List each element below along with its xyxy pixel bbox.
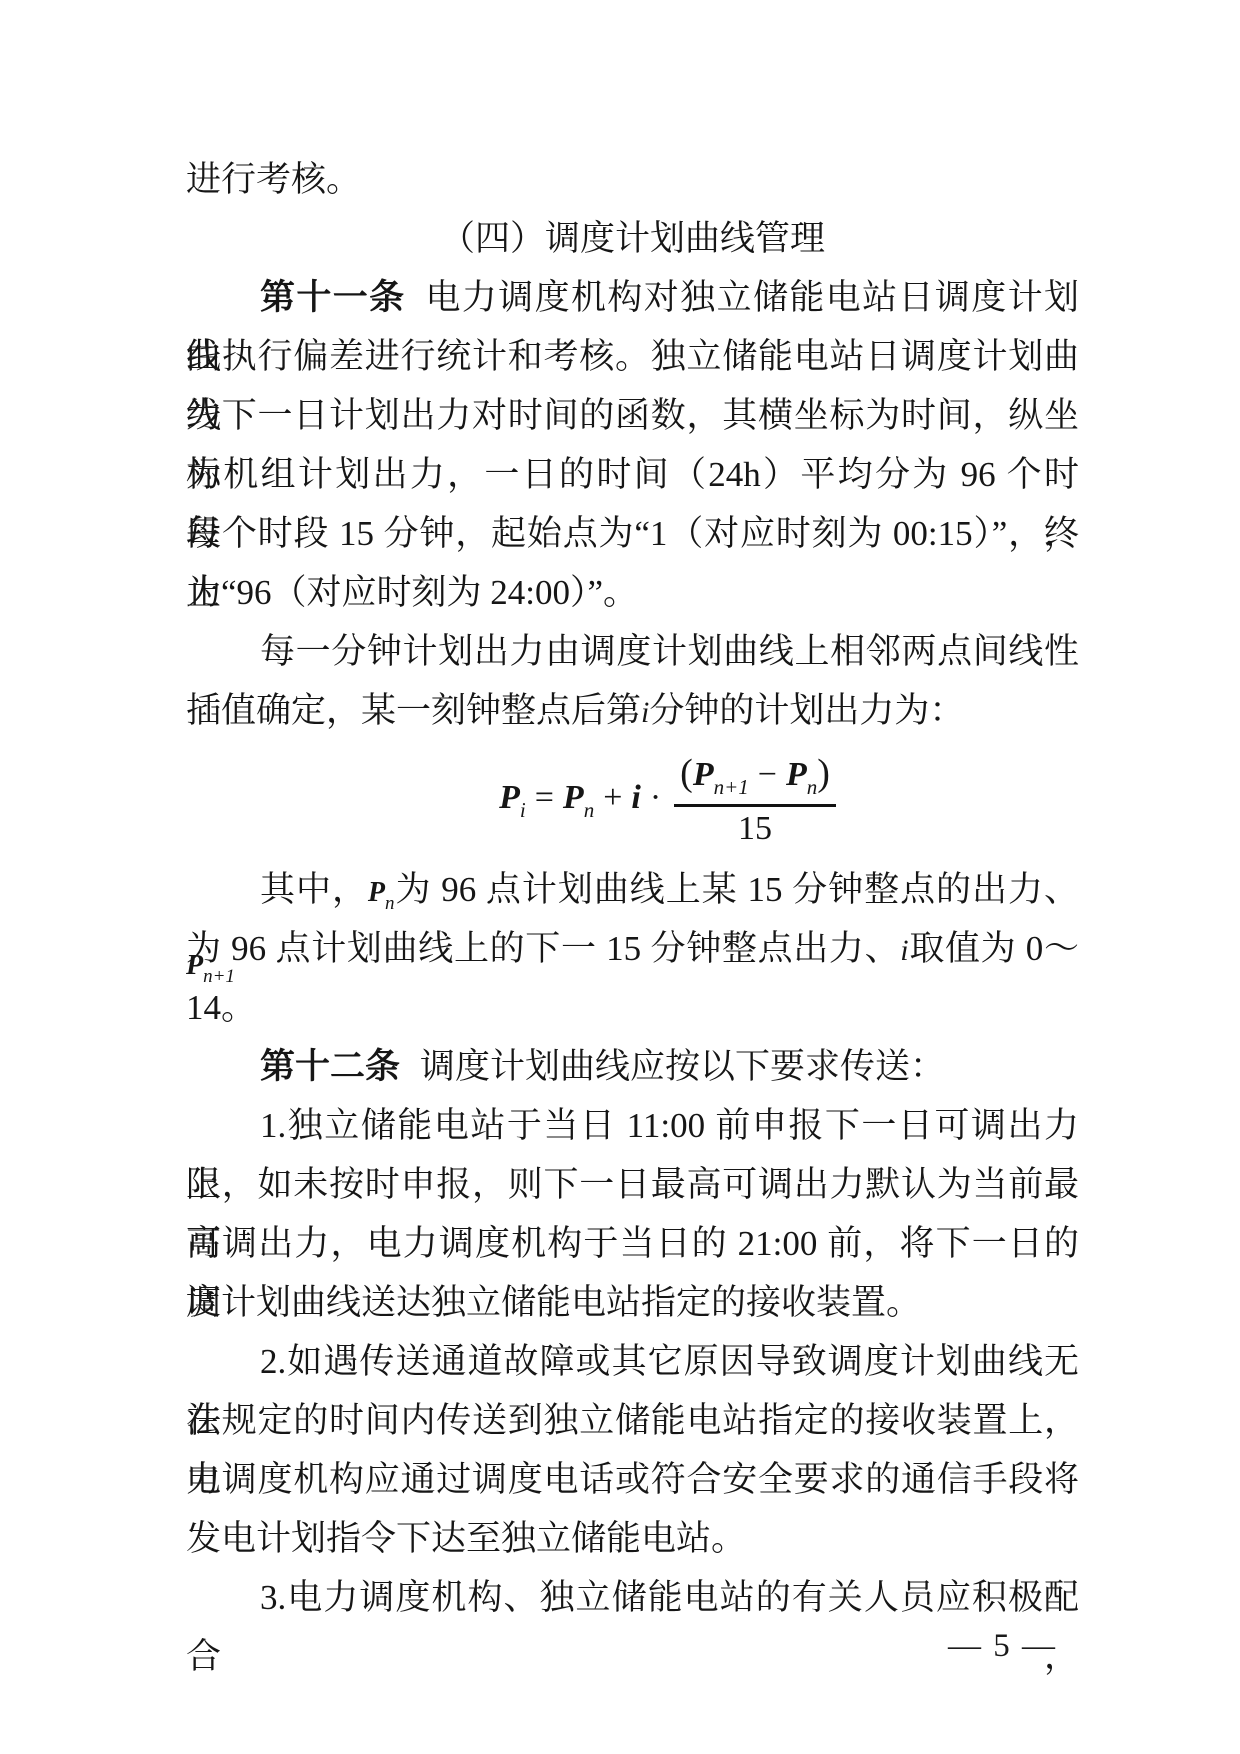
item-2-line-4: 发电计划指令下达至独立储能电站。 xyxy=(186,1509,1079,1568)
numerator-P-n1: P xyxy=(693,756,714,793)
article-11-line-4: 为机组计划出力，一日的时间（24h）平均分为 96 个时段， xyxy=(186,445,1079,504)
formula-P-i: P xyxy=(499,779,520,816)
formula-sub-n: n xyxy=(584,798,595,822)
page-number: — 5 — xyxy=(948,1628,1057,1665)
formula-P-n: P xyxy=(563,779,584,816)
formula: Pi=Pn+i·(Pn+1−Pn)15 xyxy=(499,750,836,850)
item-2-line-1: 2.如遇传送通道故障或其它原因导致调度计划曲线无法 xyxy=(186,1332,1079,1391)
close-paren: ) xyxy=(817,752,830,794)
document-content: 进行考核。 （四）调度计划曲线管理 第十一条电力调度机构对独立储能电站日调度计划… xyxy=(186,150,1079,1627)
item-1-line-3: 可调出力，电力调度机构于当日的 21:00 前，将下一日的调 xyxy=(186,1214,1079,1273)
item-1-line-4: 度计划曲线送达独立储能电站指定的接收装置。 xyxy=(186,1273,1079,1332)
dot-operator: · xyxy=(641,779,670,816)
where-line-3: 14。 xyxy=(186,978,1079,1037)
interpolation-line-2: 插值确定，某一刻钟整点后第i分钟的计划出力为： xyxy=(186,681,1079,740)
formula-block: Pi=Pn+i·(Pn+1−Pn)15 xyxy=(186,740,1079,860)
text: 为 96 点计划曲线上的下一 15 分钟整点出力、 xyxy=(186,929,900,968)
denominator: 15 xyxy=(674,807,836,850)
text: 为“96（对应时刻为 24:00）”。 xyxy=(186,573,638,612)
minus-sign: − xyxy=(749,756,786,793)
text: 分钟的计划出力为： xyxy=(649,691,964,730)
item-3-line-1: 3.电力调度机构、独立储能电站的有关人员应积极配合， xyxy=(186,1568,1079,1627)
document-page: 进行考核。 （四）调度计划曲线管理 第十一条电力调度机构对独立储能电站日调度计划… xyxy=(0,0,1240,1754)
section-heading: （四）调度计划曲线管理 xyxy=(186,209,1079,268)
plus-sign: + xyxy=(594,779,631,816)
text: 进行考核。 xyxy=(186,160,361,199)
article-11-label: 第十一条 xyxy=(260,278,406,317)
interpolation-line-1: 每一分钟计划出力由调度计划曲线上相邻两点间线性 xyxy=(186,622,1079,681)
article-12-label: 第十二条 xyxy=(260,1047,400,1086)
article-12-line: 第十二条调度计划曲线应按以下要求传送： xyxy=(186,1037,1079,1096)
continuation-line: 进行考核。 xyxy=(186,150,1079,209)
where-line-1: 其中，Pn为 96 点计划曲线上某 15 分钟整点的出力、Pn+1 xyxy=(186,860,1079,919)
numerator-sub-n: n xyxy=(807,775,818,799)
article-11-line-1: 第十一条电力调度机构对独立储能电站日调度计划曲 xyxy=(186,268,1079,327)
math-P-n: P xyxy=(368,877,385,908)
numerator: (Pn+1−Pn) xyxy=(674,750,836,807)
article-11-line-5: 每个时段 15 分钟，起始点为“1（对应时刻为 00:15）”，终止 xyxy=(186,504,1079,563)
math-var-i: i xyxy=(900,934,908,967)
math-sub-n: n xyxy=(385,893,395,914)
text: 力调度机构应通过调度电话或符合安全要求的通信手段将 xyxy=(186,1460,1079,1499)
section-heading-text: （四）调度计划曲线管理 xyxy=(440,219,825,258)
equals-sign: = xyxy=(526,779,563,816)
article-11-line-6: 为“96（对应时刻为 24:00）”。 xyxy=(186,563,1079,622)
text: 为 96 点计划曲线上某 15 分钟整点的出力、 xyxy=(395,870,1079,909)
item-2-line-2: 在规定的时间内传送到独立储能电站指定的接收装置上，电 xyxy=(186,1391,1079,1450)
item-2-line-3: 力调度机构应通过调度电话或符合安全要求的通信手段将 xyxy=(186,1450,1079,1509)
numerator-P-n: P xyxy=(786,756,807,793)
text: 插值确定，某一刻钟整点后第 xyxy=(186,691,641,730)
text: 每一分钟计划出力由调度计划曲线上相邻两点间线性 xyxy=(260,632,1079,671)
text: 其中， xyxy=(260,870,368,909)
text: 取值为 0～ xyxy=(909,929,1079,968)
fraction: (Pn+1−Pn)15 xyxy=(674,750,836,850)
text: 度计划曲线送达独立储能电站指定的接收装置。 xyxy=(186,1283,921,1322)
formula-sub-i: i xyxy=(520,798,526,822)
article-11-line-2: 线执行偏差进行统计和考核。独立储能电站日调度计划曲线 xyxy=(186,327,1079,386)
where-line-2: 为 96 点计划曲线上的下一 15 分钟整点出力、i取值为 0～ xyxy=(186,919,1079,978)
text: 14。 xyxy=(186,988,256,1027)
open-paren: ( xyxy=(680,752,693,794)
text: 发电计划指令下达至独立储能电站。 xyxy=(186,1519,746,1558)
formula-var-i: i xyxy=(631,779,640,816)
item-1-line-2: 限，如未按时申报，则下一日最高可调出力默认为当前最高 xyxy=(186,1155,1079,1214)
text: 3.电力调度机构、独立储能电站的有关人员应积极配合， xyxy=(186,1578,1079,1676)
item-1-line-1: 1.独立储能电站于当日 11:00 前申报下一日可调出力上 xyxy=(186,1096,1079,1155)
article-11-line-3: 为下一日计划出力对时间的函数，其横坐标为时间，纵坐标 xyxy=(186,386,1079,445)
numerator-sub-n1: n+1 xyxy=(714,775,749,799)
text: 调度计划曲线应按以下要求传送： xyxy=(420,1047,945,1086)
